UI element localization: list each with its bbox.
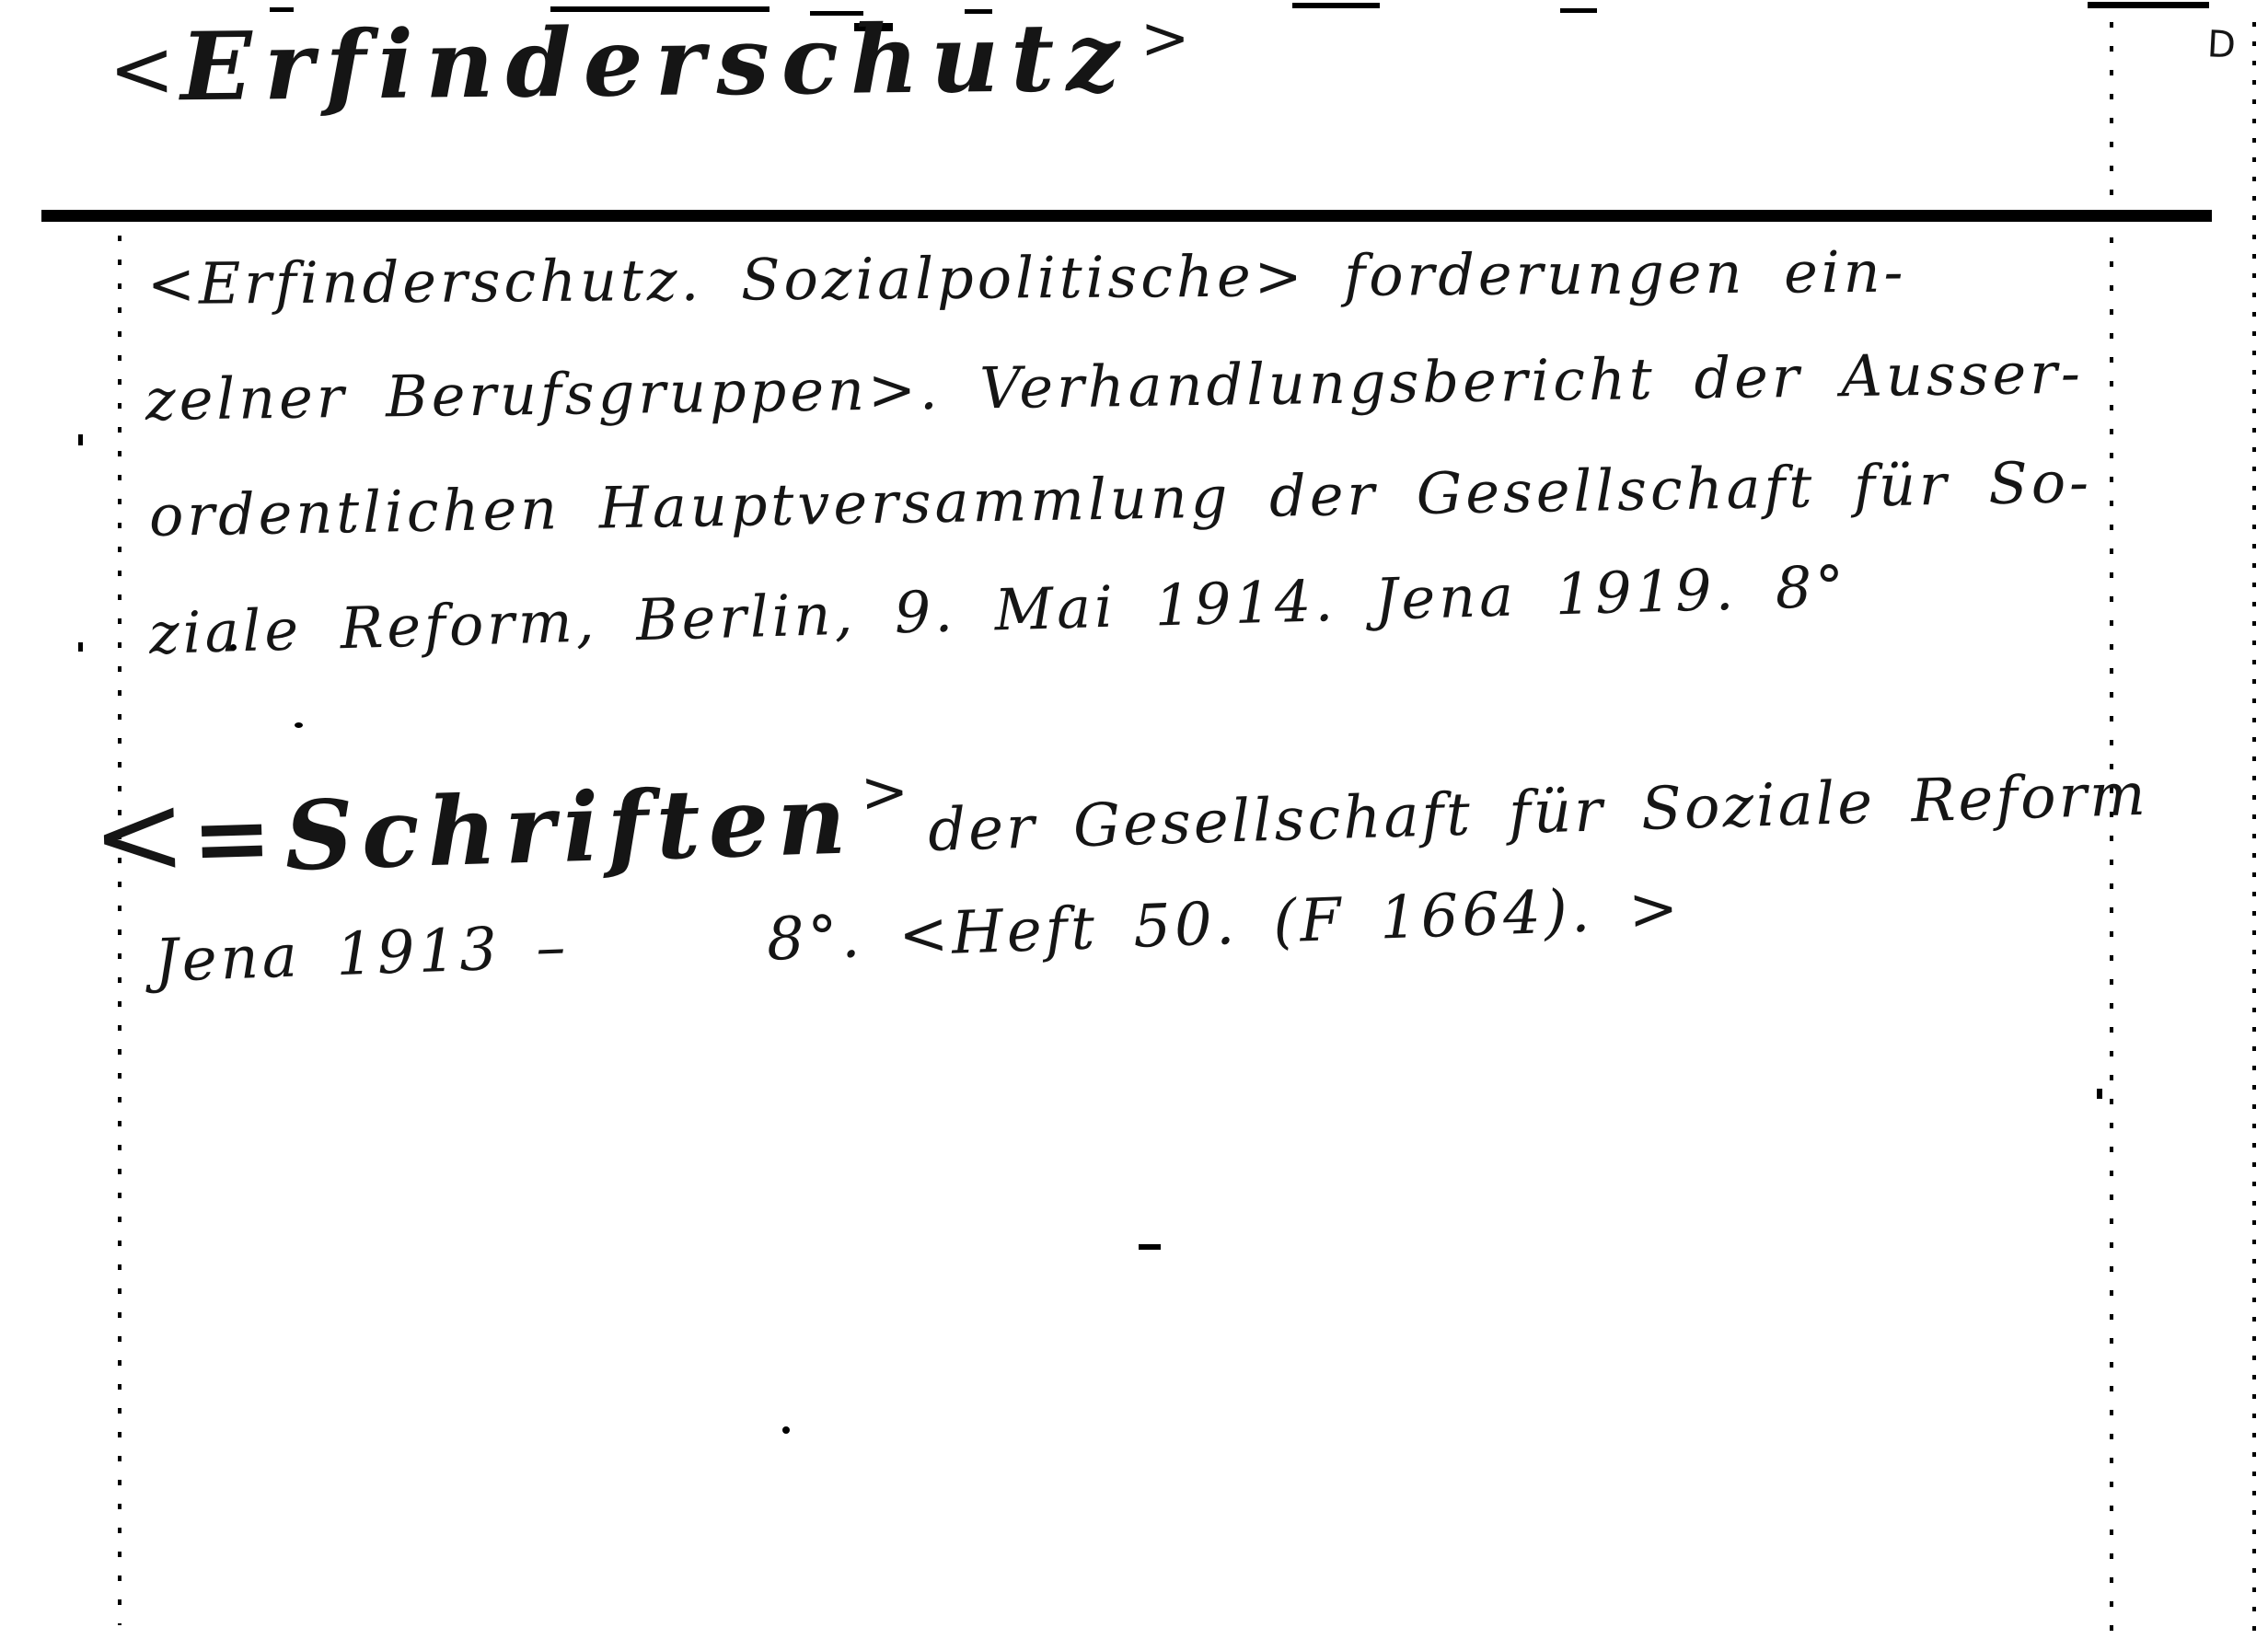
card-heading: <Erfinderschutz> bbox=[108, 2, 1181, 123]
series-years: Jena 1913 – bbox=[154, 913, 571, 996]
entry-line-1: <Erfinderschutz. Sozialpolitische> forde… bbox=[147, 238, 1907, 317]
header-rule bbox=[41, 210, 2212, 222]
ink-speck bbox=[78, 642, 83, 652]
catalog-card: D <Erfinderschutz> <Erfinderschutz. Sozi… bbox=[0, 0, 2268, 1639]
series-volume-ref: 8°. <Heft 50. (F 1664). > bbox=[766, 874, 1683, 975]
left-margin-dotted-line bbox=[118, 236, 121, 1625]
ink-speck bbox=[295, 722, 303, 728]
page-edge-dotted-line bbox=[2252, 22, 2256, 1631]
insertion-open-bracket: < bbox=[90, 768, 188, 902]
series-note-line-1: <=Schriften>der Gesellschaft für Soziale… bbox=[90, 710, 2149, 902]
ink-speck bbox=[782, 1426, 790, 1434]
entry-line-4: ziale Reform, Berlin, 9. Mai 1914. Jena … bbox=[148, 552, 1848, 667]
series-title: Schriften bbox=[283, 764, 856, 892]
spacer bbox=[570, 960, 768, 967]
equals-mark: = bbox=[191, 779, 274, 895]
entry-line-3: ordentlichen Hauptversammlung der Gesell… bbox=[148, 448, 2092, 549]
heading-text: Erfinderschutz bbox=[179, 2, 1131, 122]
series-title-continuation: der Gesellschaft für Soziale Reform bbox=[927, 761, 2149, 865]
insertion-close-bracket: > bbox=[1140, 5, 1190, 74]
scan-artifact-dash bbox=[1292, 3, 1380, 8]
insertion-close-bracket: > bbox=[860, 757, 909, 826]
insertion-open-bracket: < bbox=[109, 23, 176, 116]
scan-artifact-dash bbox=[2088, 2, 2209, 8]
scan-artifact-dash bbox=[1560, 8, 1597, 13]
corner-mark: D bbox=[2206, 23, 2237, 67]
ink-speck bbox=[230, 644, 237, 651]
entry-line-2: zelner Berufsgruppen>. Verhandlungsberic… bbox=[145, 340, 2084, 433]
ink-speck bbox=[1139, 1244, 1161, 1250]
ink-speck bbox=[78, 434, 83, 445]
ink-speck bbox=[2097, 1089, 2102, 1099]
